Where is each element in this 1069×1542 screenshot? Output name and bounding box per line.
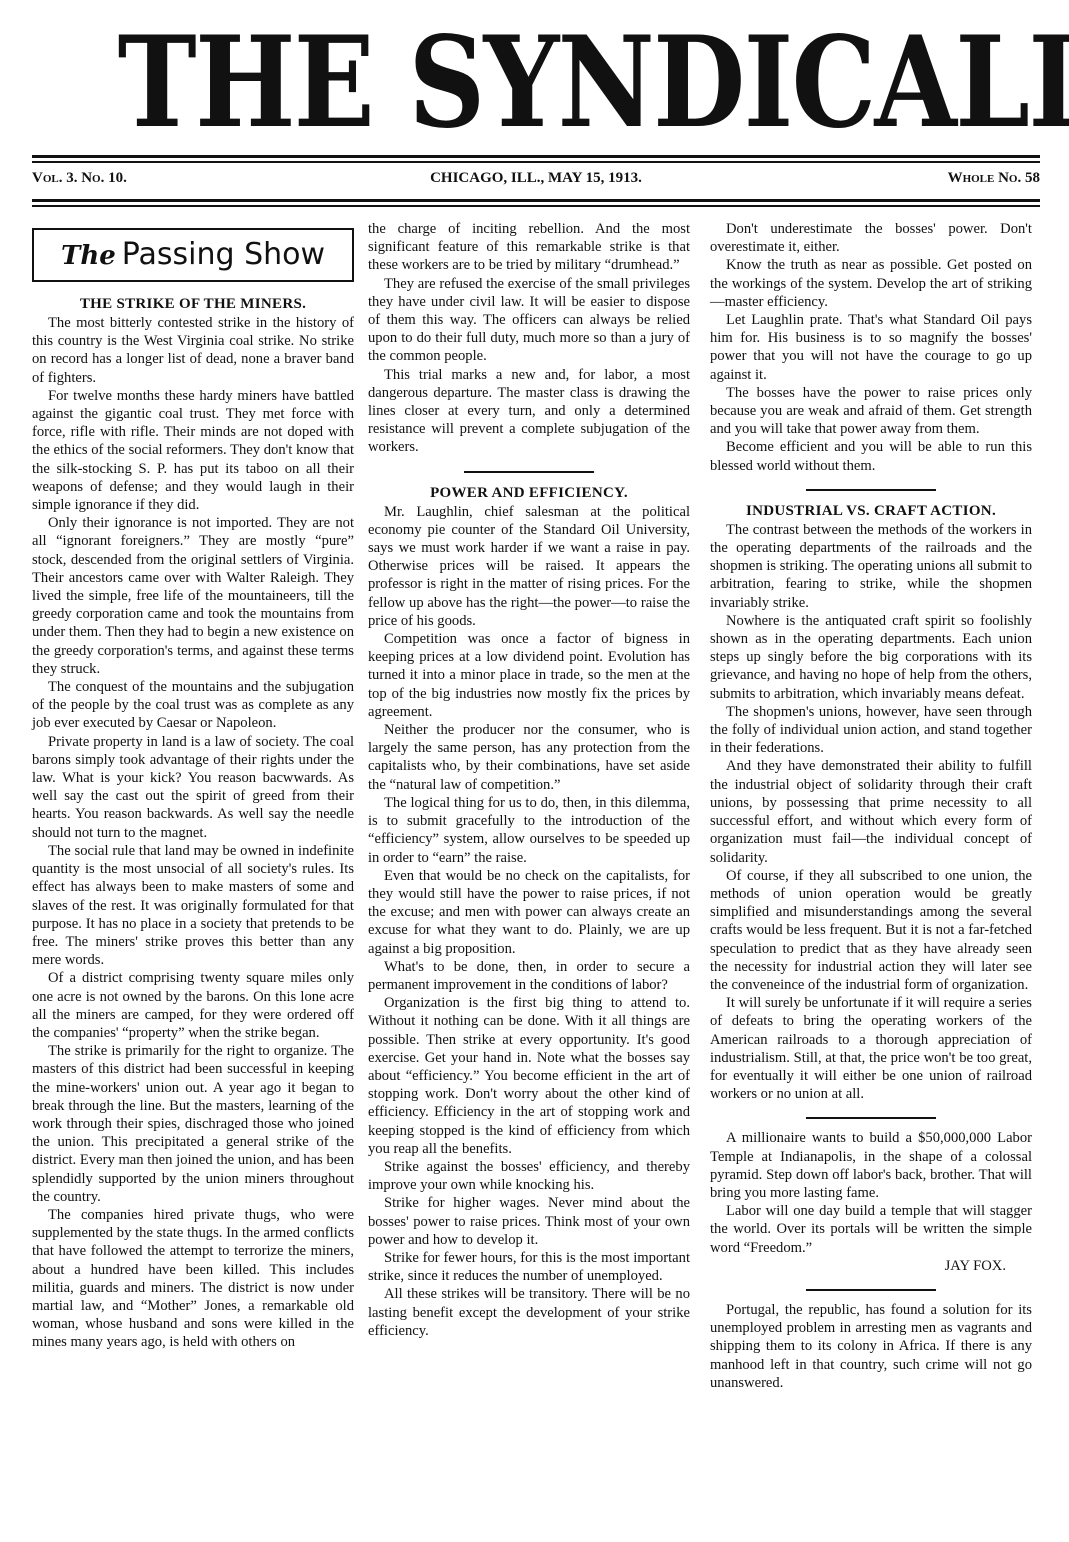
paragraph: The bosses have the power to raise price…: [710, 384, 1032, 439]
column-3: Don't underestimate the bosses' power. D…: [710, 220, 1032, 1392]
paragraph: Even that would be no check on the capit…: [368, 867, 690, 958]
article-industrial-vs-craft: INDUSTRIAL VS. CRAFT ACTION. The contras…: [710, 501, 1032, 1104]
article-strike-of-miners: THE STRIKE OF THE MINERS. The most bitte…: [32, 294, 354, 1352]
column-2: the charge of inciting rebellion. And th…: [368, 220, 690, 1340]
article-labor-temple: A millionaire wants to build a $50,000,0…: [710, 1129, 1032, 1275]
paragraph: Portugal, the republic, has found a solu…: [710, 1301, 1032, 1392]
section-header-box: ThePassing Show: [32, 228, 354, 282]
place-date: CHICAGO, ILL., MAY 15, 1913.: [32, 170, 1040, 187]
paragraph: The shopmen's unions, however, have seen…: [710, 703, 1032, 758]
article-divider: [806, 1289, 936, 1291]
paragraph: The conquest of the mountains and the su…: [32, 678, 354, 733]
paragraph: It will surely be unfortunate if it will…: [710, 994, 1032, 1103]
paragraph: Of course, if they all subscribed to one…: [710, 867, 1032, 994]
paragraph: This trial marks a new and, for labor, a…: [368, 366, 690, 457]
paragraph: The most bitterly contested strike in th…: [32, 314, 354, 387]
column-1: ThePassing Show THE STRIKE OF THE MINERS…: [32, 220, 354, 1352]
section-header-prefix: The: [61, 241, 116, 271]
headline: POWER AND EFFICIENCY.: [368, 483, 690, 503]
paragraph: The contrast between the methods of the …: [710, 521, 1032, 612]
paragraph: Private property in land is a law of soc…: [32, 733, 354, 842]
section-header-title: Passing Show: [122, 237, 325, 272]
author-signature: JAY FOX.: [710, 1257, 1032, 1275]
article-divider: [806, 489, 936, 491]
article-divider: [464, 471, 594, 473]
article-portugal: Portugal, the republic, has found a solu…: [710, 1301, 1032, 1392]
headline: THE STRIKE OF THE MINERS.: [32, 294, 354, 314]
article-divider: [806, 1117, 936, 1119]
paragraph: Don't underestimate the bosses' power. D…: [710, 220, 1032, 256]
paragraph: the charge of inciting rebellion. And th…: [368, 220, 690, 275]
paragraph: Organization is the first big thing to a…: [368, 994, 690, 1158]
paragraph: Become efficient and you will be able to…: [710, 438, 1032, 474]
paragraph: What's to be done, then, in order to sec…: [368, 958, 690, 994]
paragraph: Mr. Laughlin, chief salesman at the poli…: [368, 503, 690, 630]
article-power-and-efficiency: POWER AND EFFICIENCY. Mr. Laughlin, chie…: [368, 483, 690, 1340]
headline: INDUSTRIAL VS. CRAFT ACTION.: [710, 501, 1032, 521]
paragraph: Let Laughlin prate. That's what Standard…: [710, 311, 1032, 384]
newspaper-title: THE SYNDICALIST: [118, 20, 955, 145]
paragraph: They are refused the exercise of the sma…: [368, 275, 690, 366]
paragraph: Strike against the bosses' efficiency, a…: [368, 1158, 690, 1194]
paragraph: Competition was once a factor of bigness…: [368, 630, 690, 721]
paragraph: Know the truth as near as possible. Get …: [710, 256, 1032, 311]
article-strike-of-miners-continued: the charge of inciting rebellion. And th…: [368, 220, 690, 457]
paragraph: The strike is primarily for the right to…: [32, 1042, 354, 1206]
masthead-rule-bottom: [32, 199, 1040, 210]
paragraph: Neither the producer nor the consumer, w…: [368, 721, 690, 794]
masthead: THE SYNDICALIST: [32, 20, 1040, 148]
paragraph: Strike for higher wages. Never mind abou…: [368, 1194, 690, 1249]
masthead-rule-top: [32, 155, 1040, 166]
paragraph: Strike for fewer hours, for this is the …: [368, 1249, 690, 1285]
paragraph: And they have demonstrated their ability…: [710, 757, 1032, 866]
article-power-and-efficiency-continued: Don't underestimate the bosses' power. D…: [710, 220, 1032, 475]
paragraph: All these strikes will be transitory. Th…: [368, 1285, 690, 1340]
paragraph: For twelve months these hardy miners hav…: [32, 387, 354, 514]
dateline: Vol. 3. No. 10. CHICAGO, ILL., MAY 15, 1…: [32, 170, 1040, 192]
paragraph: Nowhere is the antiquated craft spirit s…: [710, 612, 1032, 703]
paragraph: Labor will one day build a temple that w…: [710, 1202, 1032, 1257]
paragraph: The logical thing for us to do, then, in…: [368, 794, 690, 867]
paragraph: Only their ignorance is not imported. Th…: [32, 514, 354, 678]
paragraph: The social rule that land may be owned i…: [32, 842, 354, 969]
paragraph: The companies hired private thugs, who w…: [32, 1206, 354, 1352]
paragraph: A millionaire wants to build a $50,000,0…: [710, 1129, 1032, 1202]
whole-number: Whole No. 58: [948, 170, 1040, 187]
paragraph: Of a district comprising twenty square m…: [32, 969, 354, 1042]
